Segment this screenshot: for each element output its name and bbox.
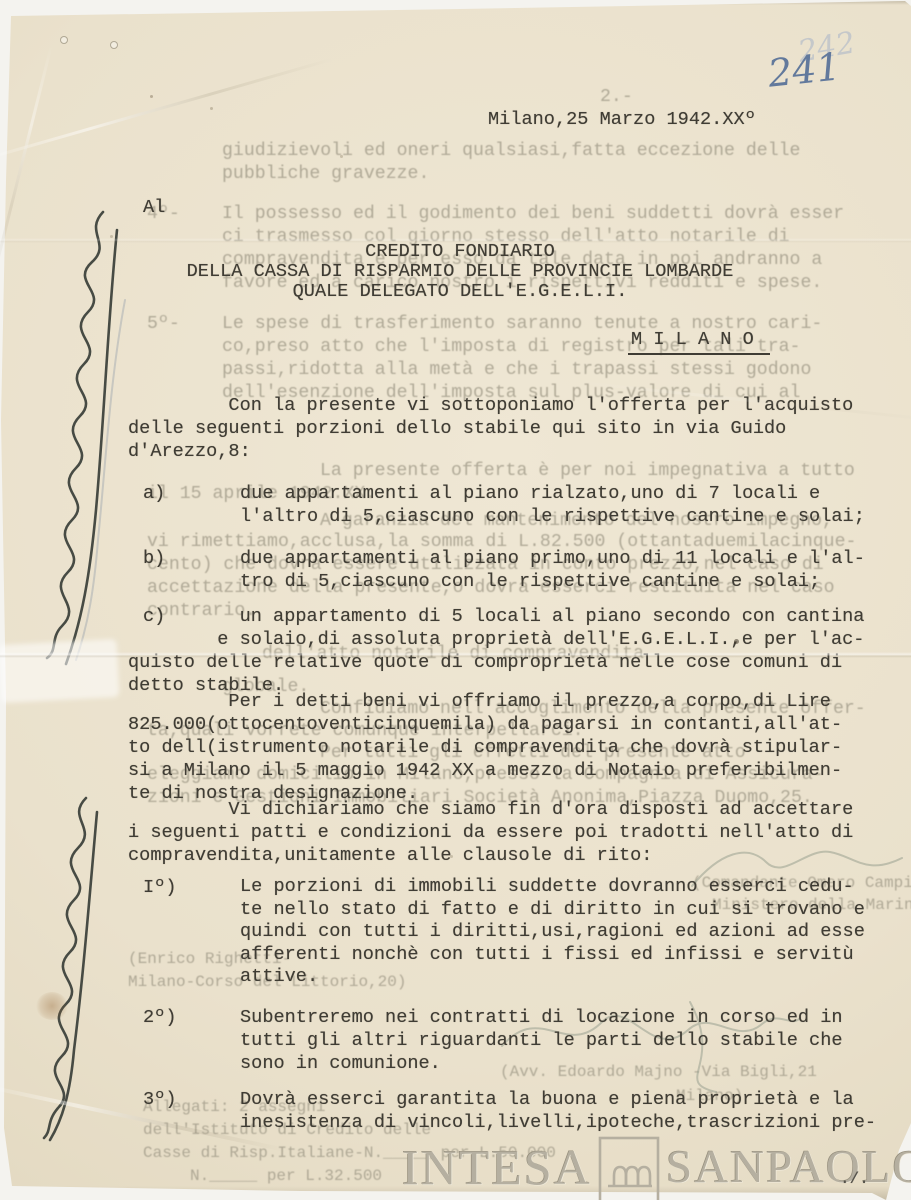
bleedthrough-line: N._____ per L.32.500 <box>190 1165 382 1187</box>
date-line: Milano,25 Marzo 1942.XXº <box>488 108 756 131</box>
clause-1-text: Le porzioni di immobili suddette dovrann… <box>240 876 865 989</box>
price-paragraph: Per i detti beni vi offriamo il prezzo,a… <box>128 690 842 805</box>
bleedthrough-line: giudizievoli ed oneri qualsiasi,fatta ec… <box>222 140 800 162</box>
page-number: 241 <box>766 44 843 95</box>
city-line: M I L A N O <box>628 328 770 351</box>
item-a-label: a) <box>143 482 165 505</box>
clause-3-label: 3º) <box>143 1088 176 1111</box>
tape-patch <box>0 639 119 703</box>
recipient-block: CREDITO FONDIARIO DELLA CASSA DI RISPARM… <box>130 242 790 302</box>
bleedthrough-line: La presente offerta è per noi impegnativ… <box>320 460 855 482</box>
bleedthrough-line: 5º- <box>147 313 180 335</box>
scanned-letter-page: 2.- giudizievoli ed oneri qualsiasi,fatt… <box>0 0 911 1200</box>
bleedthrough-line: Il possesso ed il godimento dei beni sud… <box>222 203 844 225</box>
pinhole <box>110 41 118 49</box>
watermark-sanpaolo: SANPAOLO <box>666 1140 911 1194</box>
pinhole <box>60 36 68 44</box>
salutation: Al <box>143 196 165 219</box>
clause-3-text: Dovrà esserci garantita la buona e piena… <box>240 1088 876 1134</box>
bleedthrough-line: 2.- <box>600 86 633 108</box>
ink-stain <box>36 992 68 1020</box>
item-b-label: b) <box>143 547 165 570</box>
item-a-text: due appartamenti al piano rialzato,uno d… <box>240 482 865 528</box>
clause-2-text: Subentreremo nei contratti di locazione … <box>240 1006 843 1075</box>
clause-1-label: Iº) <box>143 876 176 899</box>
bleedthrough-line: passi,ridotta alla metà e che i trapassi… <box>222 359 811 381</box>
conditions-intro: Vi dichiariamo che siamo fin d'ora dispo… <box>128 798 853 867</box>
clause-2-label: 2º) <box>143 1006 176 1029</box>
paper-specks <box>150 95 153 98</box>
intro-paragraph: Con la presente vi sottoponiamo l'offert… <box>128 394 853 463</box>
typist-mark: ./. <box>840 1168 869 1191</box>
city-underlined: M I L A N O <box>628 329 770 355</box>
item-c-text: un appartamento di 5 locali al piano sec… <box>128 605 864 697</box>
watermark-intesa: INTESA <box>402 1138 592 1196</box>
bleedthrough-line: pubbliche gravezze. <box>222 163 429 185</box>
item-b-text: due appartamenti al piano primo,uno di 1… <box>240 547 865 593</box>
